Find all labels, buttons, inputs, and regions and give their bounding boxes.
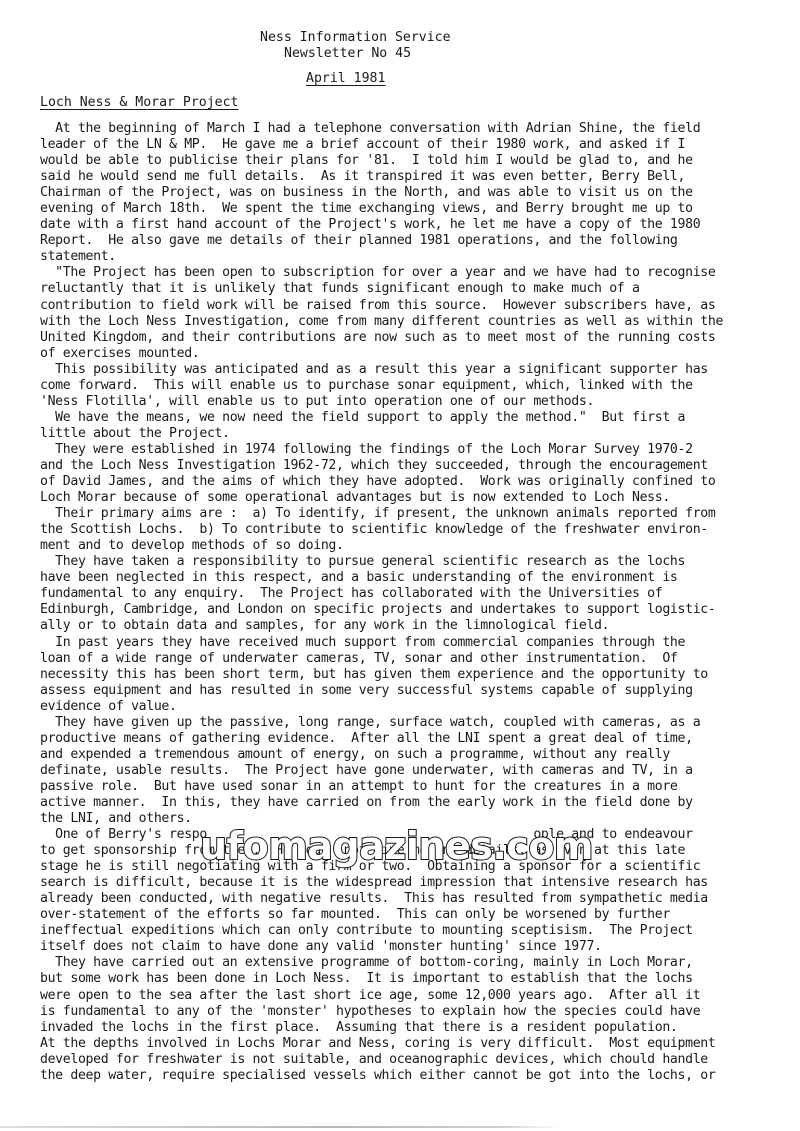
text-line: leader of the LN & MP. He gave me a brie… [40,137,800,153]
text-line: Loch Morar because of some operational a… [40,490,800,506]
text-line: over-statement of the efforts so far mou… [40,907,800,923]
text-line: ally or to obtain data and samples, for … [40,618,800,634]
text-line: itself does not claim to have done any v… [40,939,800,955]
text-line: date with a first hand account of the Pr… [40,217,800,233]
text-line: 'Ness Flotilla', will enable us to put i… [40,394,800,410]
text-line: said he would send me full details. As i… [40,169,800,185]
text-line: We have the means, we now need the field… [40,410,800,426]
text-line: necessity this has been short term, but … [40,667,800,683]
text-line: They have given up the passive, long ran… [40,715,800,731]
text-line: productive means of gathering evidence. … [40,731,800,747]
text-line: already been conducted, with negative re… [40,891,800,907]
text-line: United Kingdom, and their contributions … [40,330,800,346]
section-heading: Loch Ness & Morar Project [40,95,239,111]
text-line: of exercises mounted. [40,346,800,362]
text-line: little about the Project. [40,426,800,442]
text-line: passive role. But have used sonar in an … [40,779,800,795]
text-line: is fundamental to any of the 'monster' h… [40,1004,800,1020]
text-line: search is difficult, because it is the w… [40,875,800,891]
text-line: In past years they have received much su… [40,635,800,651]
text-line: Chairman of the Project, was on business… [40,185,800,201]
text-line: statement. [40,249,800,265]
watermark: ufomagazines.com [200,826,593,866]
text-line: They have carried out an extensive progr… [40,955,800,971]
scan-edge-divider [0,1126,560,1128]
newsletter-issue: Newsletter No 45 [284,46,411,62]
text-line: reluctantly that it is unlikely that fun… [40,281,800,297]
text-line: the deep water, require specialised vess… [40,1068,800,1084]
text-line: Edinburgh, Cambridge, and London on spec… [40,602,800,618]
text-line: but some work has been done in Loch Ness… [40,971,800,987]
text-line: "The Project has been open to subscripti… [40,265,800,281]
text-line: and the Loch Ness Investigation 1962-72,… [40,458,800,474]
text-line: They have taken a responsibility to purs… [40,554,800,570]
text-line: This possibility was anticipated and as … [40,362,800,378]
text-line: evening of March 18th. We spent the time… [40,201,800,217]
organization-name: Ness Information Service [260,30,451,46]
text-line: developed for freshwater is not suitable… [40,1052,800,1068]
text-line: have been neglected in this respect, and… [40,570,800,586]
text-line: At the beginning of March I had a teleph… [40,121,800,137]
text-line: contribution to field work will be raise… [40,298,800,314]
text-line: assess equipment and has resulted in som… [40,683,800,699]
article-body: At the beginning of March I had a teleph… [40,121,800,1084]
text-line: active manner. In this, they have carrie… [40,795,800,811]
text-line: Their primary aims are : a) To identify,… [40,506,800,522]
text-line: definate, usable results. The Project ha… [40,763,800,779]
text-line: of David James, and the aims of which th… [40,474,800,490]
newsletter-page: Ness Information Service Newsletter No 4… [0,0,800,1131]
text-line: the Scottish Lochs. b) To contribute to … [40,522,800,538]
text-line: ineffectual expeditions which can only c… [40,923,800,939]
text-line: come forward. This will enable us to pur… [40,378,800,394]
text-line: invaded the lochs in the first place. As… [40,1020,800,1036]
text-line: ment and to develop methods of so doing. [40,538,800,554]
text-line: were open to the sea after the last shor… [40,988,800,1004]
text-line: and expended a tremendous amount of ener… [40,747,800,763]
text-line: At the depths involved in Lochs Morar an… [40,1036,800,1052]
issue-date: April 1981 [306,71,385,87]
text-line: Report. He also gave me details of their… [40,233,800,249]
text-line: fundamental to any enquiry. The Project … [40,586,800,602]
text-line: loan of a wide range of underwater camer… [40,651,800,667]
text-line: would be able to publicise their plans f… [40,153,800,169]
text-line: They were established in 1974 following … [40,442,800,458]
text-line: evidence of value. [40,699,800,715]
text-line: with the Loch Ness Investigation, come f… [40,314,800,330]
